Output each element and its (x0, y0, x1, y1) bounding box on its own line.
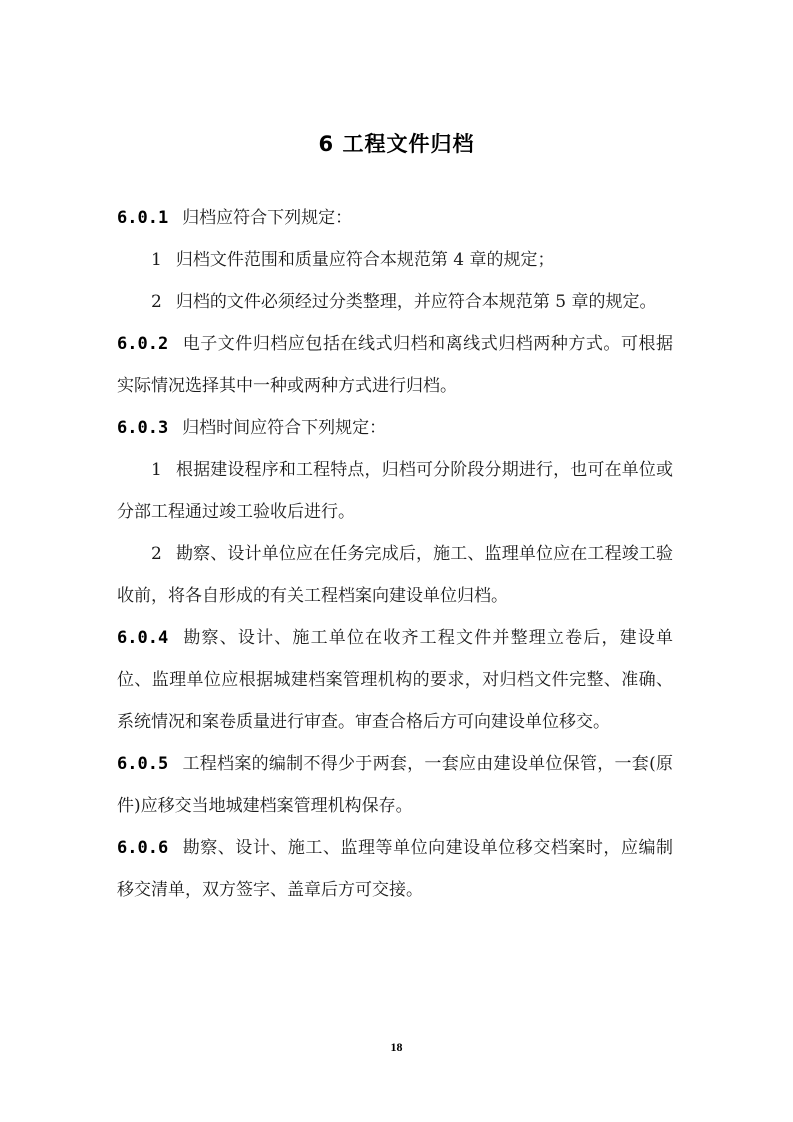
clause-number: 6.0.5 (117, 754, 168, 774)
clause-6-0-1: 6.0.1归档应符合下列规定： (117, 197, 673, 239)
clause-text: 归档时间应符合下列规定： (182, 418, 386, 438)
chapter-title: 6 工程文件归档 (0, 128, 793, 158)
clause-number: 6.0.3 (117, 418, 168, 438)
item-number: 2 (151, 544, 162, 564)
clause-item: 1归档文件范围和质量应符合本规范第 4 章的规定； (117, 239, 673, 281)
clause-text: 勘察、设计、施工、监理等单位向建设单位移交档案时，应编制移交清单，双方签字、盖章… (117, 838, 673, 900)
item-text: 根据建设程序和工程特点，归档可分阶段分期进行，也可在单位或分部工程通过竣工验收后… (117, 460, 673, 522)
clause-text: 勘察、设计、施工单位在收齐工程文件并整理立卷后，建设单位、监理单位应根据城建档案… (117, 628, 673, 732)
clause-6-0-2: 6.0.2电子文件归档应包括在线式归档和离线式归档两种方式。可根据实际情况选择其… (117, 323, 673, 407)
clause-text: 工程档案的编制不得少于两套，一套应由建设单位保管，一套(原件)应移交当地城建档案… (117, 754, 673, 816)
item-text: 归档的文件必须经过分类整理，并应符合本规范第 5 章的规定。 (176, 292, 657, 312)
clause-item: 2勘察、设计单位应在任务完成后，施工、监理单位应在工程竣工验收前，将各自形成的有… (117, 533, 673, 617)
item-text: 勘察、设计单位应在任务完成后，施工、监理单位应在工程竣工验收前，将各自形成的有关… (117, 544, 673, 606)
item-number: 2 (151, 292, 162, 312)
clause-number: 6.0.4 (117, 628, 168, 648)
chapter-body: 6.0.1归档应符合下列规定： 1归档文件范围和质量应符合本规范第 4 章的规定… (117, 197, 673, 911)
clause-item: 2归档的文件必须经过分类整理，并应符合本规范第 5 章的规定。 (117, 281, 673, 323)
item-number: 1 (151, 250, 162, 270)
item-number: 1 (151, 460, 162, 480)
clause-6-0-4: 6.0.4勘察、设计、施工单位在收齐工程文件并整理立卷后，建设单位、监理单位应根… (117, 617, 673, 743)
page-number: 18 (0, 1040, 793, 1055)
clause-6-0-5: 6.0.5工程档案的编制不得少于两套，一套应由建设单位保管，一套(原件)应移交当… (117, 743, 673, 827)
clause-6-0-6: 6.0.6勘察、设计、施工、监理等单位向建设单位移交档案时，应编制移交清单，双方… (117, 827, 673, 911)
clause-number: 6.0.1 (117, 208, 168, 228)
clause-6-0-3: 6.0.3归档时间应符合下列规定： (117, 407, 673, 449)
clause-text: 归档应符合下列规定： (182, 208, 352, 228)
clause-item: 1根据建设程序和工程特点，归档可分阶段分期进行，也可在单位或分部工程通过竣工验收… (117, 449, 673, 533)
clause-number: 6.0.6 (117, 838, 168, 858)
clause-text: 电子文件归档应包括在线式归档和离线式归档两种方式。可根据实际情况选择其中一种或两… (117, 334, 673, 396)
item-text: 归档文件范围和质量应符合本规范第 4 章的规定； (176, 250, 555, 270)
clause-number: 6.0.2 (117, 334, 168, 354)
